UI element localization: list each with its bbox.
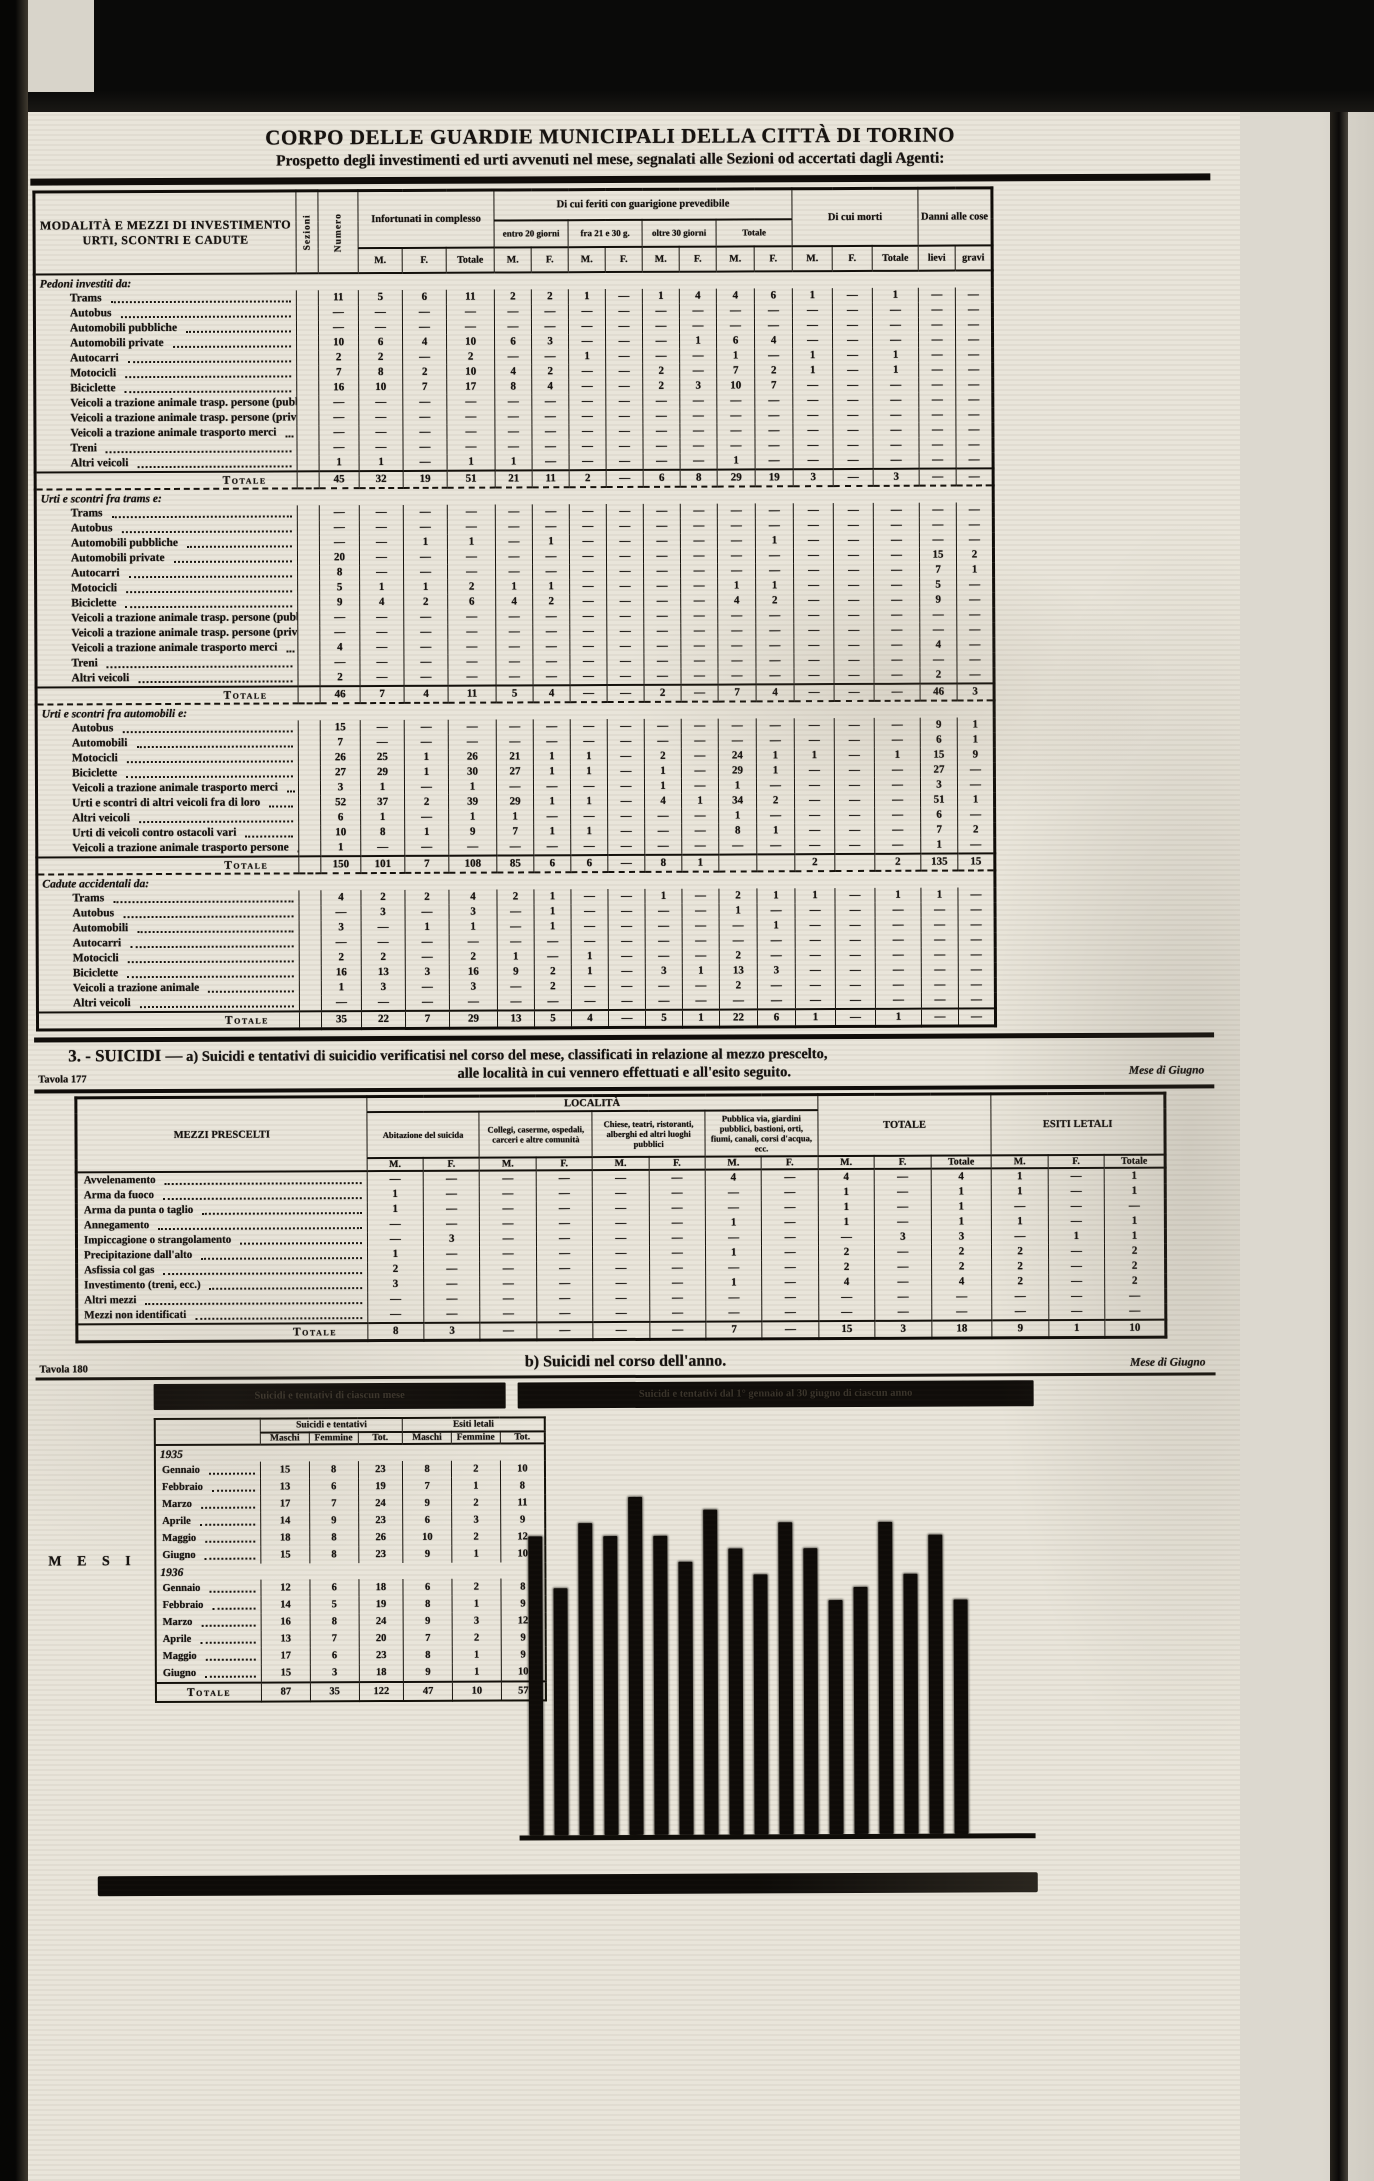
cell-value [296, 305, 318, 320]
cell-value: — [448, 735, 496, 750]
row-label: Giugno [155, 1547, 261, 1564]
cell-value: — [532, 549, 569, 564]
cell-value: — [569, 379, 606, 394]
row-label: Altri mezzi [77, 1292, 368, 1308]
cell-value: — [319, 505, 359, 520]
cell-value: — [605, 289, 642, 304]
cell-value [298, 765, 320, 780]
cell-value: — [958, 992, 995, 1008]
cell-value: — [793, 548, 833, 563]
cell-value: 101 [361, 856, 405, 873]
cell-value: — [448, 565, 496, 580]
row-label: Autocarri [37, 935, 299, 951]
cell-value: — [682, 889, 719, 904]
cell-value: — [404, 640, 448, 655]
cell-value: 29 [360, 765, 404, 780]
cell-value: — [682, 979, 719, 994]
cell-value: — [681, 734, 718, 749]
cell-value [299, 856, 321, 873]
cell-value: 1 [795, 888, 835, 903]
cell-value: — [569, 409, 606, 424]
cell-value: 35 [310, 1682, 359, 1701]
cell-value: — [682, 934, 719, 949]
cell-value: 29 [718, 763, 756, 778]
cell-value: 2 [405, 890, 449, 905]
cell-value: — [359, 520, 403, 535]
col-m: M. [792, 246, 832, 271]
col-maschi: Maschi [403, 1432, 452, 1444]
row-label: Veicoli a trazione animale trasporto mer… [36, 640, 298, 656]
col-gravi: gravi [955, 245, 992, 270]
cell-value: — [793, 438, 833, 453]
cell-value: — [495, 519, 532, 534]
cell-value: — [833, 548, 873, 563]
scan-page-edge [1330, 112, 1348, 2181]
chart-bar [628, 1497, 643, 1835]
cell-value: — [834, 593, 874, 608]
cell-value: — [682, 994, 719, 1010]
cell-value: 1 [1105, 1214, 1166, 1229]
cell-value: 5 [320, 580, 360, 595]
cell-value: 1 [992, 1168, 1048, 1184]
cell-value: 2 [755, 363, 793, 378]
cell-value: — [875, 1275, 931, 1290]
cell-value: — [480, 1201, 536, 1216]
cell-value: — [719, 918, 757, 933]
cell-value: — [992, 1199, 1048, 1214]
cell-value: — [359, 440, 403, 455]
cell-value: — [1049, 1304, 1105, 1320]
cell-value: — [532, 349, 569, 364]
cell-value: 1 [452, 1647, 501, 1664]
cell-value: — [716, 303, 754, 318]
cell-value: 1 [719, 903, 757, 918]
cell-value: 1 [682, 855, 719, 872]
cell-value: — [606, 364, 643, 379]
row-label: Impiccagione o strangolamento [76, 1232, 367, 1248]
cell-value: — [834, 638, 874, 653]
cell-value: — [835, 963, 875, 978]
loc-chiese: Chiese, teatri, ristoranti, alberghi ed … [592, 1111, 705, 1157]
row-label: Veicoli a trazione animale trasp. person… [36, 610, 298, 626]
cell-value: — [404, 670, 448, 686]
chart-bar [728, 1548, 743, 1834]
cell-value: 1 [571, 964, 608, 979]
cell-value: — [447, 395, 495, 410]
section-row: 1935 [155, 1443, 545, 1462]
cell-value: 2 [321, 950, 361, 965]
cell-value: — [359, 505, 403, 520]
cell-value: 1 [447, 535, 495, 550]
cell-value: — [794, 668, 834, 684]
col-f: F. [1048, 1155, 1104, 1168]
cell-value: 2 [992, 1244, 1048, 1259]
cell-value: — [607, 669, 644, 685]
cell-value: 3 [875, 1321, 931, 1339]
cell-value: — [921, 1009, 958, 1027]
cell-value: — [875, 808, 921, 823]
suicides-table: MEZZI PRESCELTI LOCALITÀ TOTALE ESITI LE… [74, 1092, 1167, 1344]
cell-value: — [532, 439, 569, 454]
cell-value: — [536, 1201, 592, 1216]
cell-value: 1 [793, 348, 833, 363]
cell-value: 13 [261, 1478, 310, 1495]
chart-bar [903, 1574, 918, 1834]
cell-value: — [679, 304, 716, 319]
cell-value: 2 [452, 1495, 501, 1512]
cell-value: 8 [495, 379, 532, 394]
row-label: Altri veicoli [36, 670, 298, 687]
row-label: Aprile [155, 1513, 261, 1530]
cell-value: — [569, 424, 606, 439]
cell-value: — [496, 654, 533, 669]
cell-value: 1 [321, 840, 361, 856]
col-m: M. [480, 1157, 536, 1170]
cell-value: — [593, 1291, 649, 1306]
cell-value: 22 [719, 1009, 757, 1027]
row-label: Autobus [37, 905, 299, 921]
cell-value [719, 854, 757, 871]
cell-value: — [719, 993, 757, 1009]
cell-value: — [875, 1290, 931, 1305]
cell-value [297, 471, 319, 488]
cell-value: — [570, 734, 607, 749]
cell-value: — [682, 919, 719, 934]
cell-value: — [833, 453, 873, 469]
cell-value: — [681, 639, 718, 654]
cell-value: — [680, 454, 717, 470]
cell-value: 3 [361, 905, 405, 920]
cell-value: 1 [367, 1202, 423, 1217]
cell-value: — [875, 903, 921, 918]
cell-value: — [681, 719, 718, 734]
cell-value: 27 [320, 765, 360, 780]
cell-value: — [1048, 1168, 1104, 1184]
cell-value: 11 [532, 470, 569, 487]
cell-value: — [921, 933, 958, 948]
row-label: Avvelenamento [76, 1171, 367, 1188]
cell-value: — [533, 669, 570, 685]
cell-value: 9 [920, 593, 957, 608]
cell-value: — [494, 304, 531, 319]
cell-value: — [569, 364, 606, 379]
cell-value: — [532, 394, 569, 409]
cell-value: — [534, 934, 571, 949]
cell-value: — [872, 303, 918, 318]
cell-value: — [593, 1306, 649, 1322]
cell-value: 37 [361, 795, 405, 810]
cell-value: 2 [452, 1630, 501, 1647]
cell-value: 2 [494, 289, 531, 304]
cell-value: 1 [718, 578, 756, 593]
cell-value: — [449, 995, 497, 1011]
row-label: Gennaio [155, 1462, 261, 1479]
cell-value: 6 [309, 1478, 358, 1495]
cell-value [297, 440, 319, 455]
cell-value: — [643, 424, 680, 439]
total-row: Totale83————7—153189110 [77, 1320, 1166, 1342]
cell-value: — [608, 855, 645, 872]
cell-value: — [645, 949, 682, 964]
cell-value: — [921, 993, 958, 1009]
cell-value: — [480, 1306, 536, 1322]
cell-value: — [367, 1292, 423, 1307]
cell-value: — [423, 1217, 479, 1232]
cell-value: — [319, 520, 359, 535]
cell-value: — [496, 564, 533, 579]
cell-value: — [480, 1291, 536, 1306]
cell-value: — [718, 563, 756, 578]
cell-value: — [717, 533, 755, 548]
cell-value: 20 [359, 1630, 404, 1647]
cell-value: 1 [706, 1245, 762, 1260]
cell-value: — [446, 320, 494, 335]
cell-value: — [608, 934, 645, 949]
cell-value: — [570, 654, 607, 669]
cell-value: — [360, 625, 404, 640]
cell-value: 1 [931, 1199, 992, 1214]
cell-value: 2 [320, 670, 360, 686]
group-infortunati: Infortunati in complesso [358, 190, 494, 248]
cell-value: 1 [534, 919, 571, 934]
cell-value: — [874, 1169, 930, 1185]
cell-value: — [958, 807, 995, 822]
cell-value: — [818, 1230, 874, 1245]
cell-value: — [681, 654, 718, 669]
cell-value: — [873, 548, 919, 563]
cell-value: 1 [755, 533, 793, 548]
total-row: Totale8735122471057 [156, 1681, 546, 1702]
cell-value: 1 [757, 888, 795, 903]
col-f: F. [754, 246, 792, 271]
cell-value: 3 [321, 920, 361, 935]
cell-value: 7 [405, 1011, 449, 1029]
cell-value: 19 [359, 1596, 404, 1613]
cell-value: — [705, 1185, 761, 1200]
cell-value: 1 [404, 750, 448, 765]
cell-value: — [921, 948, 958, 963]
cell-value: — [957, 777, 994, 792]
cell-value: — [571, 979, 608, 994]
cell-value [298, 720, 320, 735]
row-label: Veicoli a trazione animale trasporto mer… [36, 780, 298, 796]
row-label: Veicoli a trazione animale trasporto mer… [35, 425, 297, 441]
cell-value: 1 [872, 288, 918, 303]
cell-value: 32 [359, 471, 403, 488]
cell-value: — [1048, 1214, 1104, 1229]
cell-value: 7 [497, 824, 534, 839]
cell-value: — [919, 453, 956, 469]
cell-value: — [593, 1231, 649, 1246]
cell-value: — [795, 808, 835, 823]
cell-value: 10 [1105, 1320, 1166, 1338]
row-label: Totale [77, 1323, 368, 1342]
cell-value: — [762, 1169, 818, 1185]
cell-value: — [718, 638, 756, 653]
cell-value: — [644, 734, 681, 749]
cell-value: 1 [793, 363, 833, 378]
cell-value: 8 [680, 470, 717, 487]
cell-value: — [606, 379, 643, 394]
cell-value: — [919, 438, 956, 453]
cell-value: — [649, 1201, 705, 1216]
chart-bar [528, 1536, 543, 1835]
cell-value: — [360, 655, 404, 670]
row-label: Urti e scontri di altri veicoli fra di l… [37, 795, 299, 811]
cell-value: 2 [534, 964, 571, 979]
cell-value: — [569, 394, 606, 409]
cell-value: 1 [873, 348, 919, 363]
col-m: M. [991, 1155, 1047, 1168]
row-label: Motocicli [37, 950, 299, 966]
cell-value: 7 [360, 686, 404, 703]
cell-value: — [569, 504, 606, 519]
cell-value: — [705, 1200, 761, 1215]
cell-value: — [645, 979, 682, 994]
cell-value: 2 [958, 822, 995, 837]
cell-value: — [495, 534, 532, 549]
cell-value: — [403, 350, 447, 365]
cell-value: — [495, 504, 532, 519]
cell-value: — [537, 1306, 593, 1322]
cell-value: 4 [818, 1275, 874, 1290]
col-m: M. [494, 247, 531, 272]
cell-value [299, 935, 321, 950]
group-esiti-letali: ESITI LETALI [991, 1093, 1165, 1155]
cell-value: — [793, 453, 833, 469]
cell-value: 3 [957, 683, 994, 700]
cell-value: 46 [920, 684, 957, 701]
cell-value: — [956, 437, 993, 452]
cell-value: — [874, 653, 920, 668]
cell-value: — [360, 565, 404, 580]
cell-value: 4 [920, 638, 957, 653]
cell-value: — [955, 302, 992, 317]
cell-value: — [403, 550, 447, 565]
cell-value: — [403, 395, 447, 410]
table-row: Giugno158239110 [155, 1545, 545, 1564]
cell-value: — [680, 424, 717, 439]
cell-value: 16 [449, 965, 497, 980]
cell-value: 3 [452, 1613, 501, 1630]
cell-value: 10 [403, 1529, 452, 1546]
col-f: F. [649, 1157, 705, 1170]
row-label: Aprile [156, 1631, 262, 1648]
cell-value: 9 [404, 1664, 453, 1682]
cell-value: 2 [644, 749, 681, 764]
cell-value: 6 [321, 810, 361, 825]
cell-value: — [834, 763, 874, 778]
cell-value: 1 [794, 748, 834, 763]
cell-value: 1 [533, 749, 570, 764]
table-row: Aprile13720729 [156, 1629, 546, 1648]
cell-value: 1 [921, 838, 958, 854]
cell-value: — [706, 1260, 762, 1275]
cell-value: 3 [532, 334, 569, 349]
cell-value: — [361, 935, 405, 950]
cell-value: 2 [757, 793, 795, 808]
cell-value: — [794, 593, 834, 608]
cell-value: — [874, 563, 920, 578]
cumulative-band-header: Suicidi e tentativi dal 1° gennaio al 30… [518, 1380, 1034, 1408]
cell-value: — [755, 348, 793, 363]
cell-value: 1 [680, 334, 717, 349]
cell-value: — [835, 993, 875, 1009]
cell-value: — [607, 564, 644, 579]
cell-value: 1 [570, 749, 607, 764]
cell-value: — [593, 1201, 649, 1216]
cell-value: 1 [359, 455, 403, 471]
cell-value: 3 [367, 1277, 423, 1292]
cell-value: — [531, 319, 568, 334]
cell-value: — [424, 1292, 480, 1307]
cell-value: — [367, 1217, 423, 1232]
cell-value: — [533, 639, 570, 654]
cell-value: 2 [447, 350, 495, 365]
cell-value: — [757, 933, 795, 948]
cell-value: — [608, 839, 645, 855]
cell-value: — [571, 809, 608, 824]
cell-value [298, 670, 320, 686]
cell-value [299, 905, 321, 920]
cell-value: 1 [534, 904, 571, 919]
cell-value [298, 750, 320, 765]
cell-value: — [537, 1322, 593, 1340]
cell-value [297, 395, 319, 410]
cell-value: — [1048, 1289, 1104, 1304]
cell-value: — [404, 720, 448, 735]
cell-value: 2 [643, 364, 680, 379]
row-label: Automobili private [35, 550, 297, 566]
cell-value: — [874, 638, 920, 653]
cell-value: — [833, 393, 873, 408]
cell-value: 2 [367, 1262, 423, 1277]
cell-value: 26 [448, 750, 496, 765]
cell-value: 20 [319, 550, 359, 565]
row-label: Totale [156, 1683, 262, 1702]
cell-value: — [717, 393, 755, 408]
cell-value: — [921, 963, 958, 978]
cell-value: — [833, 423, 873, 438]
cell-value: — [919, 393, 956, 408]
cell-value: — [496, 669, 533, 685]
cell-value: 2 [534, 979, 571, 994]
cell-value [299, 1011, 321, 1029]
cell-value: 4 [716, 288, 754, 303]
cell-value [297, 380, 319, 395]
cell-value: 1 [645, 889, 682, 904]
cell-value: 1 [875, 1009, 921, 1027]
cell-value: 13 [361, 965, 405, 980]
cell-value: 7 [718, 684, 756, 701]
cell-value: — [532, 519, 569, 534]
cell-value: — [718, 608, 756, 623]
cell-value: — [833, 363, 873, 378]
cell-value: — [719, 838, 757, 854]
row-label: Veicoli a trazione animale trasp. person… [35, 395, 297, 411]
cell-value: — [570, 719, 607, 734]
cell-value: 5 [920, 578, 957, 593]
cell-value: 2 [533, 594, 570, 609]
cell-value: 1 [957, 562, 994, 577]
chart-bar [578, 1523, 593, 1835]
sub-fra21-30: fra 21 e 30 g. [568, 219, 642, 246]
cell-value: — [608, 809, 645, 824]
month-label: Mese di Giugno [1129, 1064, 1204, 1076]
cell-value: 29 [449, 1011, 497, 1029]
cell-value: — [644, 564, 681, 579]
cell-value: 8 [403, 1461, 452, 1478]
